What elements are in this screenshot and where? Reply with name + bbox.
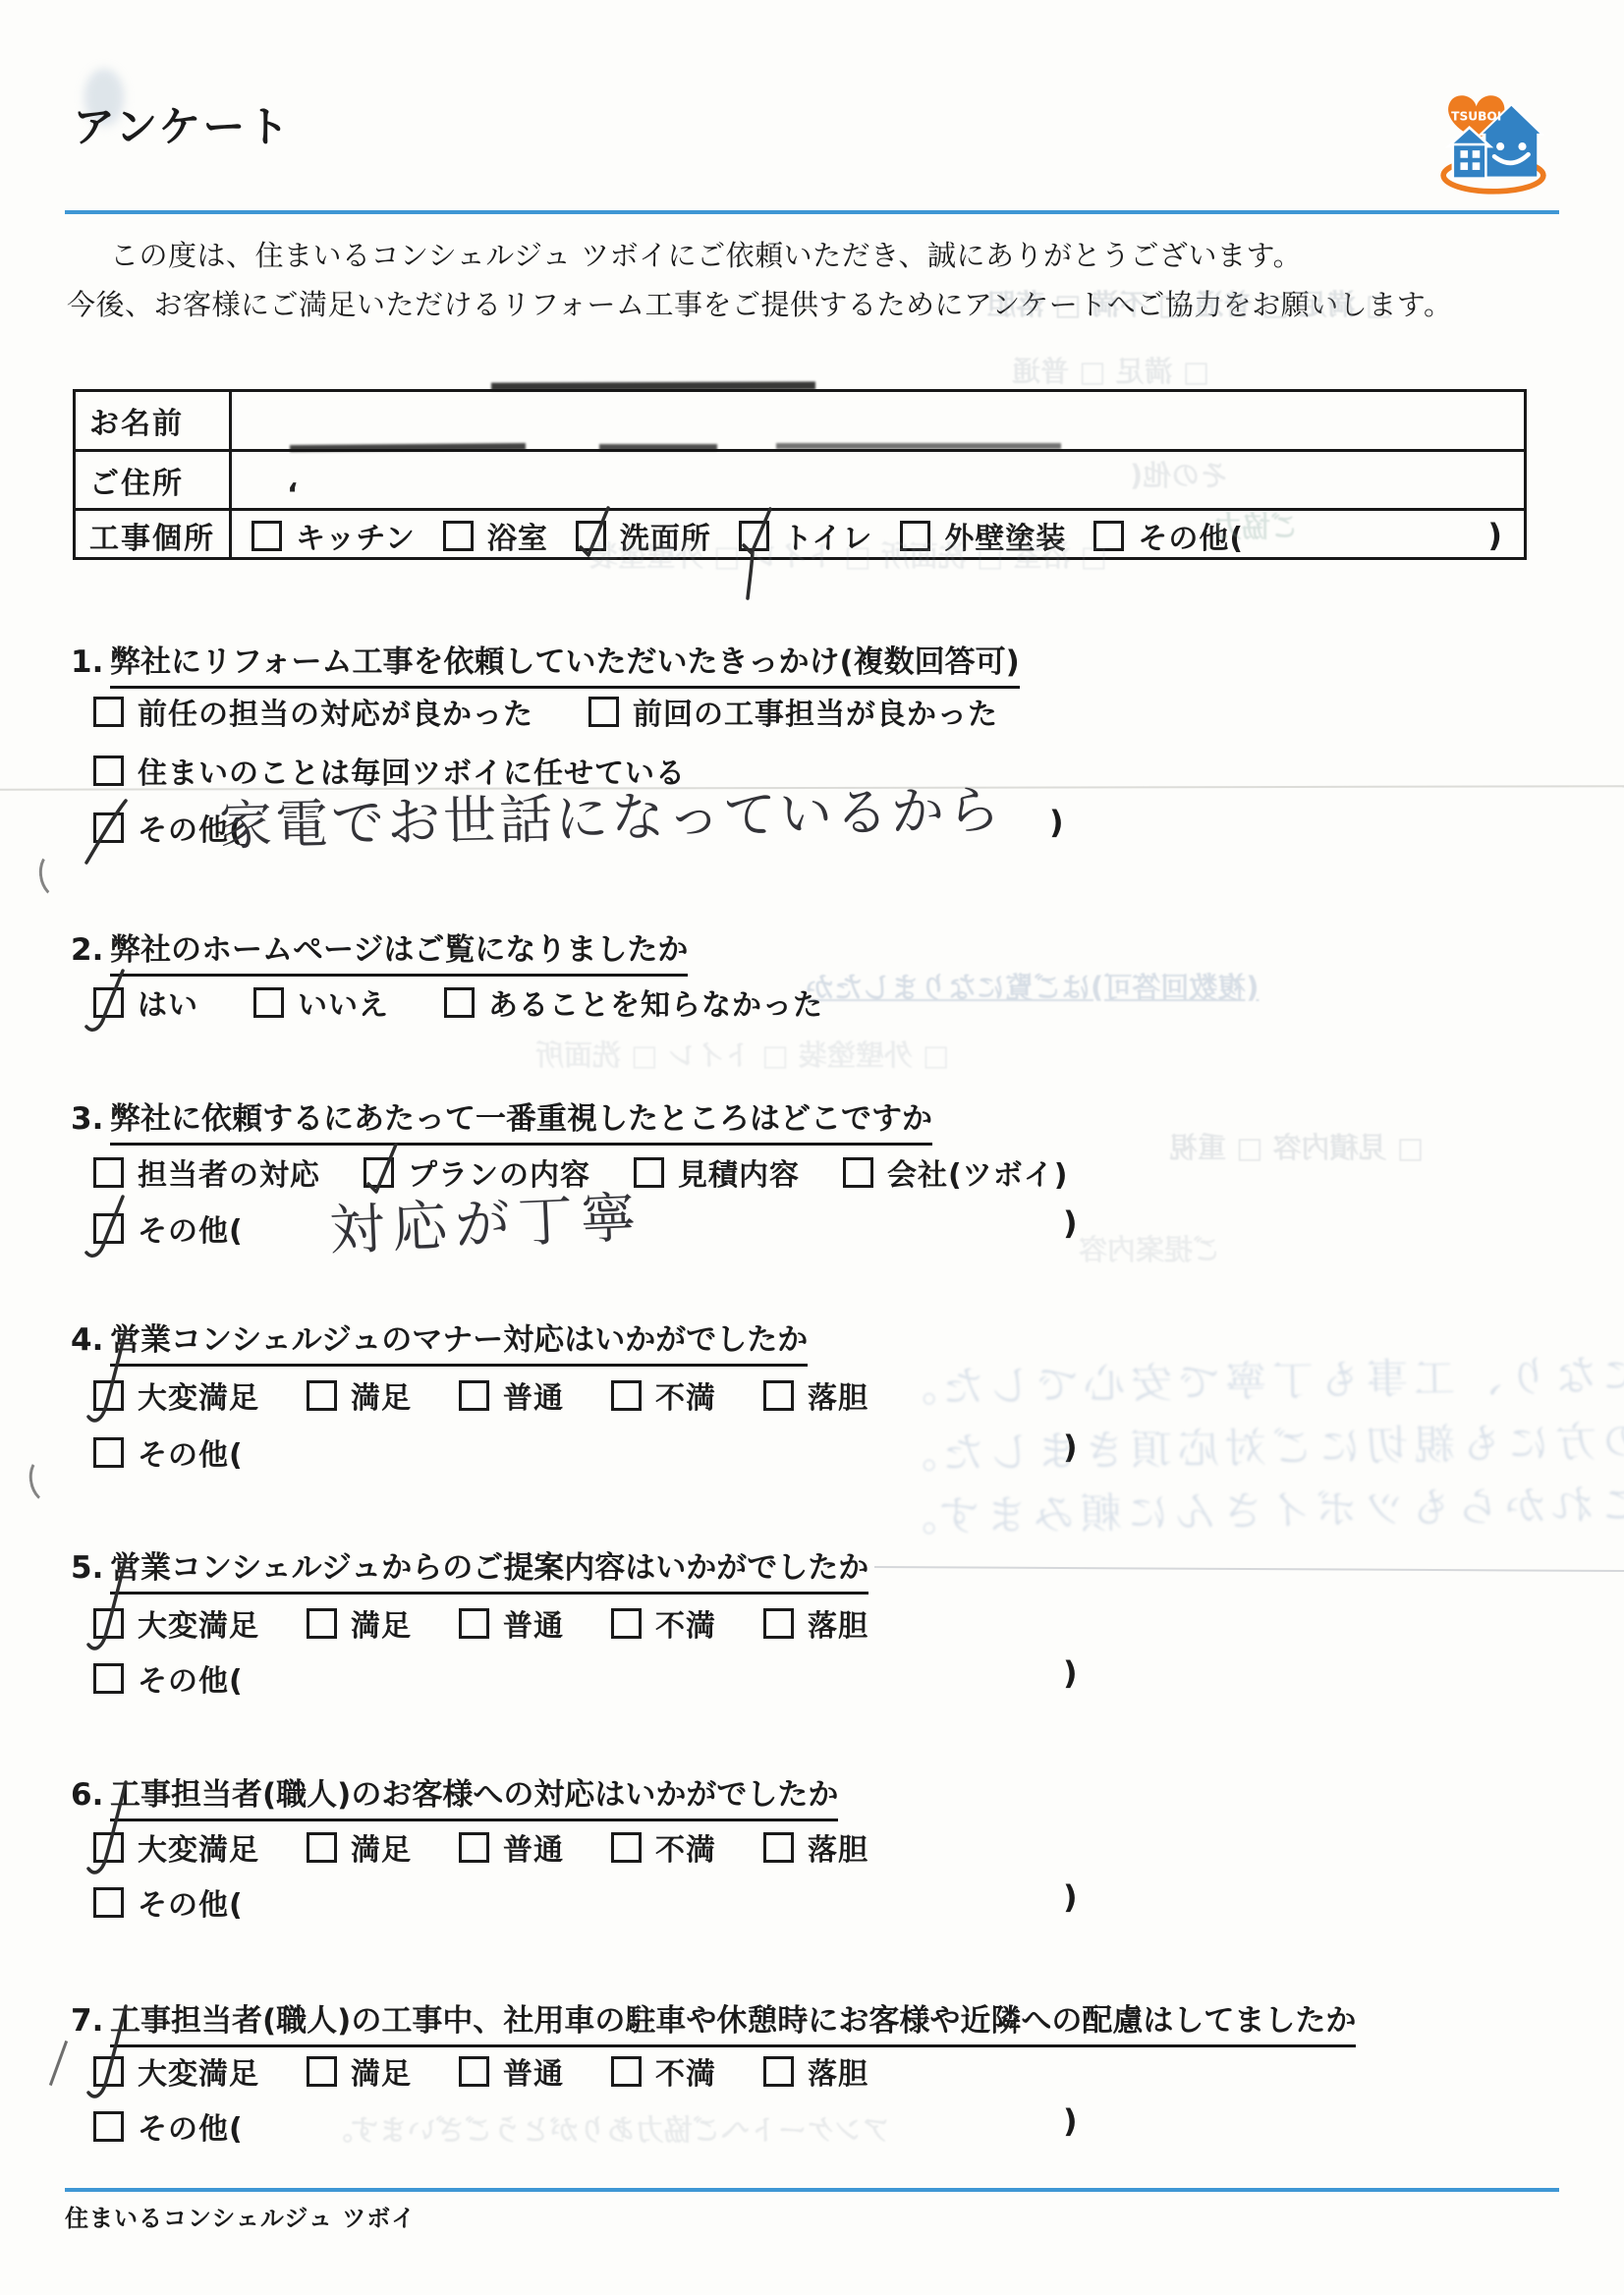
q1-options-row-1: 前任の担当の対応が良かった 前回の工事担当が良かった [93, 690, 998, 733]
question-number: 3. [71, 1101, 110, 1137]
q4-satisfaction-row: 大変満足 満足 普通 不満 落胆 [93, 1373, 868, 1417]
checkbox [611, 1832, 642, 1863]
question-4-header: 4.営業コンシェルジュのマナー対応はいかがでしたか [71, 1315, 808, 1359]
q5-option-disappointed[interactable]: 落胆 [763, 1601, 868, 1645]
checkbox-checked [93, 1380, 124, 1411]
q4-option-disappointed[interactable]: 落胆 [763, 1373, 868, 1417]
question-number: 6. [71, 1777, 110, 1813]
question-number: 5. [71, 1550, 110, 1586]
close-paren: ) [1487, 517, 1524, 554]
checkbox [93, 2111, 124, 2142]
q5-option-other[interactable]: その他( [93, 1656, 244, 1700]
worksite-option-bath[interactable]: 浴室 [443, 514, 548, 557]
checkbox [307, 1380, 337, 1411]
q3-option-company[interactable]: 会社(ツボイ) [843, 1150, 1068, 1194]
q7-option-very-satisfied[interactable]: 大変満足 [93, 2049, 259, 2093]
bleedthrough-text: ご協力 [1213, 505, 1299, 545]
checkbox-checked [93, 1608, 124, 1639]
stray-pen-mark: ‘ [287, 477, 298, 512]
close-paren: ) [1063, 2102, 1078, 2140]
handwritten-check-icon [579, 524, 581, 526]
bleedthrough-text: □ 満足 □ 普通 [1012, 350, 1209, 390]
question-number: 1. [71, 644, 110, 680]
page-title: アンケート [73, 94, 291, 154]
q6-option-neutral[interactable]: 普通 [459, 1825, 564, 1869]
question-title: 工事担当者(職人)の工事中、社用車の駐車や休憩時にお客様や近隣への配慮はしてまし… [110, 2003, 1356, 2047]
question-title: 弊社にリフォーム工事を依頼していただいたきっかけ(複数回答可) [110, 644, 1020, 689]
bleedthrough-text: □ 見積内容 □ 重視 [1169, 1126, 1424, 1166]
question-1-header: 1.弊社にリフォーム工事を依頼していただいたきっかけ(複数回答可) [71, 637, 1020, 681]
checkbox [459, 2056, 489, 2087]
q3-option-estimate[interactable]: 見積内容 [634, 1150, 800, 1194]
question-title: 工事担当者(職人)のお客様への対応はいかがでしたか [110, 1777, 838, 1821]
handwritten-check-icon [96, 1611, 98, 1613]
handwritten-check-icon [96, 1216, 98, 1218]
q4-option-neutral[interactable]: 普通 [459, 1373, 564, 1417]
q3-other-row: その他( 対応が丁寧 ) [93, 1206, 244, 1250]
q7-option-neutral[interactable]: 普通 [459, 2049, 564, 2093]
q5-option-satisfied[interactable]: 満足 [307, 1601, 412, 1645]
name-field[interactable] [232, 392, 1524, 449]
q6-option-very-satisfied[interactable]: 大変満足 [93, 1825, 259, 1869]
worksite-option-kitchen[interactable]: キッチン [252, 514, 416, 557]
q4-option-dissatisfied[interactable]: 不満 [611, 1373, 716, 1417]
q7-satisfaction-row: 大変満足 満足 普通 不満 落胆 [93, 2049, 868, 2093]
checkbox-checked [93, 2056, 124, 2087]
q4-option-other[interactable]: その他( [93, 1430, 244, 1474]
question-title: 弊社のホームページはご覧になりましたか [110, 932, 688, 977]
checkbox-checked [93, 1832, 124, 1863]
q7-option-disappointed[interactable]: 落胆 [763, 2049, 868, 2093]
q7-option-other[interactable]: その他( [93, 2104, 244, 2148]
bleedthrough-text: □ 浴室 □ 洗面所 □ トイレ □ 外壁塗装 [589, 534, 1107, 575]
scan-crease [874, 1566, 1624, 1572]
checkbox [93, 1437, 124, 1468]
q7-option-satisfied[interactable]: 満足 [307, 2049, 412, 2093]
checkbox-checked [93, 1213, 124, 1244]
checkbox [763, 1608, 794, 1639]
question-3-header: 3.弊社に依頼するにあたって一番重視したところはどこですか [71, 1093, 932, 1138]
q3-option-other[interactable]: その他( [93, 1206, 244, 1250]
q7-option-dissatisfied[interactable]: 不満 [611, 2049, 716, 2093]
close-paren: ) [1063, 1654, 1078, 1692]
stray-pen-hook [26, 1453, 67, 1505]
handwritten-check-icon [366, 1160, 368, 1162]
q5-other-row: その他( ) [93, 1656, 244, 1700]
q2-option-unaware[interactable]: あることを知らなかった [444, 980, 823, 1024]
q2-options-row: はい いいえ あることを知らなかった [93, 980, 823, 1024]
checkbox [93, 1663, 124, 1694]
close-paren: ) [1049, 804, 1064, 841]
redaction-mark [776, 443, 1061, 449]
q7-other-row: その他( ) [93, 2104, 244, 2148]
q5-option-dissatisfied[interactable]: 不満 [611, 1601, 716, 1645]
checkbox [843, 1157, 873, 1188]
checkbox-checked [364, 1157, 394, 1188]
q6-other-row: その他( ) [93, 1880, 244, 1924]
q6-satisfaction-row: 大変満足 満足 普通 不満 落胆 [93, 1825, 868, 1869]
handwritten-check-icon [96, 815, 98, 817]
checkbox [252, 521, 282, 551]
q4-option-very-satisfied[interactable]: 大変満足 [93, 1373, 259, 1417]
q1-other-row: その他( 家電でお世話になっているから ) [93, 806, 244, 849]
checkbox [588, 697, 619, 727]
handwritten-answer: 家電でお世話になっているから [218, 768, 1003, 861]
question-number: 7. [71, 2003, 110, 2039]
question-title: 弊社に依頼するにあたって一番重視したところはどこですか [110, 1101, 932, 1146]
question-6-header: 6.工事担当者(職人)のお客様への対応はいかがでしたか [71, 1769, 838, 1814]
handwritten-check-icon [96, 2059, 98, 2061]
q2-option-no[interactable]: いいえ [253, 980, 389, 1024]
tsuboi-logo: TSUBOI [1436, 83, 1548, 202]
question-title: 営業コンシェルジュのマナー対応はいかがでしたか [110, 1322, 808, 1367]
q4-option-satisfied[interactable]: 満足 [307, 1373, 412, 1417]
checkbox-checked [93, 812, 124, 843]
checkbox [763, 1832, 794, 1863]
checkbox [253, 987, 284, 1018]
q5-option-very-satisfied[interactable]: 大変満足 [93, 1601, 259, 1645]
close-paren: ) [1063, 1878, 1078, 1916]
checkbox [307, 1608, 337, 1639]
close-paren: ) [1063, 1204, 1078, 1242]
address-label: ご住所 [76, 449, 232, 508]
question-title: 営業コンシェルジュからのご提案内容はいかがでしたか [110, 1550, 868, 1595]
checkbox [459, 1832, 489, 1863]
question-7-header: 7.工事担当者(職人)の工事中、社用車の駐車や休憩時にお客様や近隣への配慮はして… [71, 1995, 1356, 2040]
q4-other-row: その他( ) [93, 1430, 244, 1474]
intro-line-1: この度は、住まいるコンシェルジュ ツボイにご依頼いただき、誠にありがとうございま… [110, 234, 1302, 274]
address-field[interactable] [232, 449, 1524, 508]
worksite-label: 工事個所 [76, 508, 232, 560]
checkbox [611, 1608, 642, 1639]
q2-option-yes[interactable]: はい [93, 980, 198, 1024]
q1-option-1[interactable]: 前任の担当の対応が良かった [93, 690, 533, 733]
handwritten-answer: 対応が丁寧 [327, 1174, 644, 1266]
checkbox [611, 2056, 642, 2087]
redaction-mark [491, 381, 815, 390]
checkbox [763, 2056, 794, 2087]
bleedthrough-text: その他( [1130, 454, 1228, 494]
handwritten-check-icon [742, 524, 744, 526]
bleedthrough-text: □ 外壁塗装 □ トイレ □ 洗面所 [535, 1034, 949, 1074]
logo-small-house-body [1453, 144, 1486, 179]
bleedthrough-handwriting: お世話になり、工事も丁寧で安心でした。 [889, 1340, 1624, 1415]
checkbox [307, 2056, 337, 2087]
checkbox-checked [93, 987, 124, 1018]
checkbox [459, 1608, 489, 1639]
stray-pen-slash [49, 2041, 68, 2086]
footer-company-name: 住まいるコンシェルジュ ツボイ [65, 2199, 416, 2233]
bleedthrough-text: アンケートへご協力ありがとうございます。 [324, 2108, 890, 2149]
checkbox [763, 1380, 794, 1411]
q6-option-other[interactable]: その他( [93, 1880, 244, 1924]
checkbox [93, 756, 124, 786]
q6-option-satisfied[interactable]: 満足 [307, 1825, 412, 1869]
checkbox [459, 1380, 489, 1411]
q1-option-2[interactable]: 前回の工事担当が良かった [588, 690, 998, 733]
title-underline [65, 210, 1559, 214]
question-number: 4. [71, 1322, 110, 1358]
checkbox [93, 1887, 124, 1918]
question-2-header: 2.弊社のホームページはご覧になりましたか [71, 924, 688, 969]
handwritten-check-icon [96, 990, 98, 992]
bleedthrough-text: ご提案内容 [1079, 1228, 1221, 1268]
handwritten-check-icon [96, 1835, 98, 1837]
stray-pen-hook [36, 849, 76, 900]
checkbox [93, 697, 124, 727]
redaction-mark [599, 444, 717, 451]
footer-rule [65, 2188, 1559, 2192]
q3-option-staff[interactable]: 担当者の対応 [93, 1150, 320, 1194]
checkbox [444, 987, 475, 1018]
bleedthrough-text: (複数回答可)はご覧になりましたか [806, 966, 1260, 1006]
checkbox [443, 521, 474, 551]
checkbox [611, 1380, 642, 1411]
question-number: 2. [71, 932, 110, 968]
bleedthrough-handwriting: 担当の方にも親切にご対応頂きました。 [889, 1407, 1624, 1481]
checkbox [307, 1832, 337, 1863]
handwritten-check-icon [96, 1383, 98, 1385]
q6-option-disappointed[interactable]: 落胆 [763, 1825, 868, 1869]
name-label: お名前 [76, 392, 232, 449]
q5-satisfaction-row: 大変満足 満足 普通 不満 落胆 [93, 1601, 868, 1645]
bleedthrough-handwriting: これからもツボイさんに頼みます。 [889, 1472, 1624, 1543]
bleedthrough-text: □ 満足 □ 普通 □ 不満 □ 落胆 [987, 283, 1392, 323]
logo-text: TSUBOI [1451, 110, 1501, 124]
q6-option-dissatisfied[interactable]: 不満 [611, 1825, 716, 1869]
question-5-header: 5.営業コンシェルジュからのご提案内容はいかがでしたか [71, 1542, 868, 1587]
q5-option-neutral[interactable]: 普通 [459, 1601, 564, 1645]
checkbox [93, 1157, 124, 1188]
scanned-survey-page: TSUBOI アンケート この度は、住まいるコンシェルジュ ツボイにご依頼いただ… [0, 0, 1624, 2295]
